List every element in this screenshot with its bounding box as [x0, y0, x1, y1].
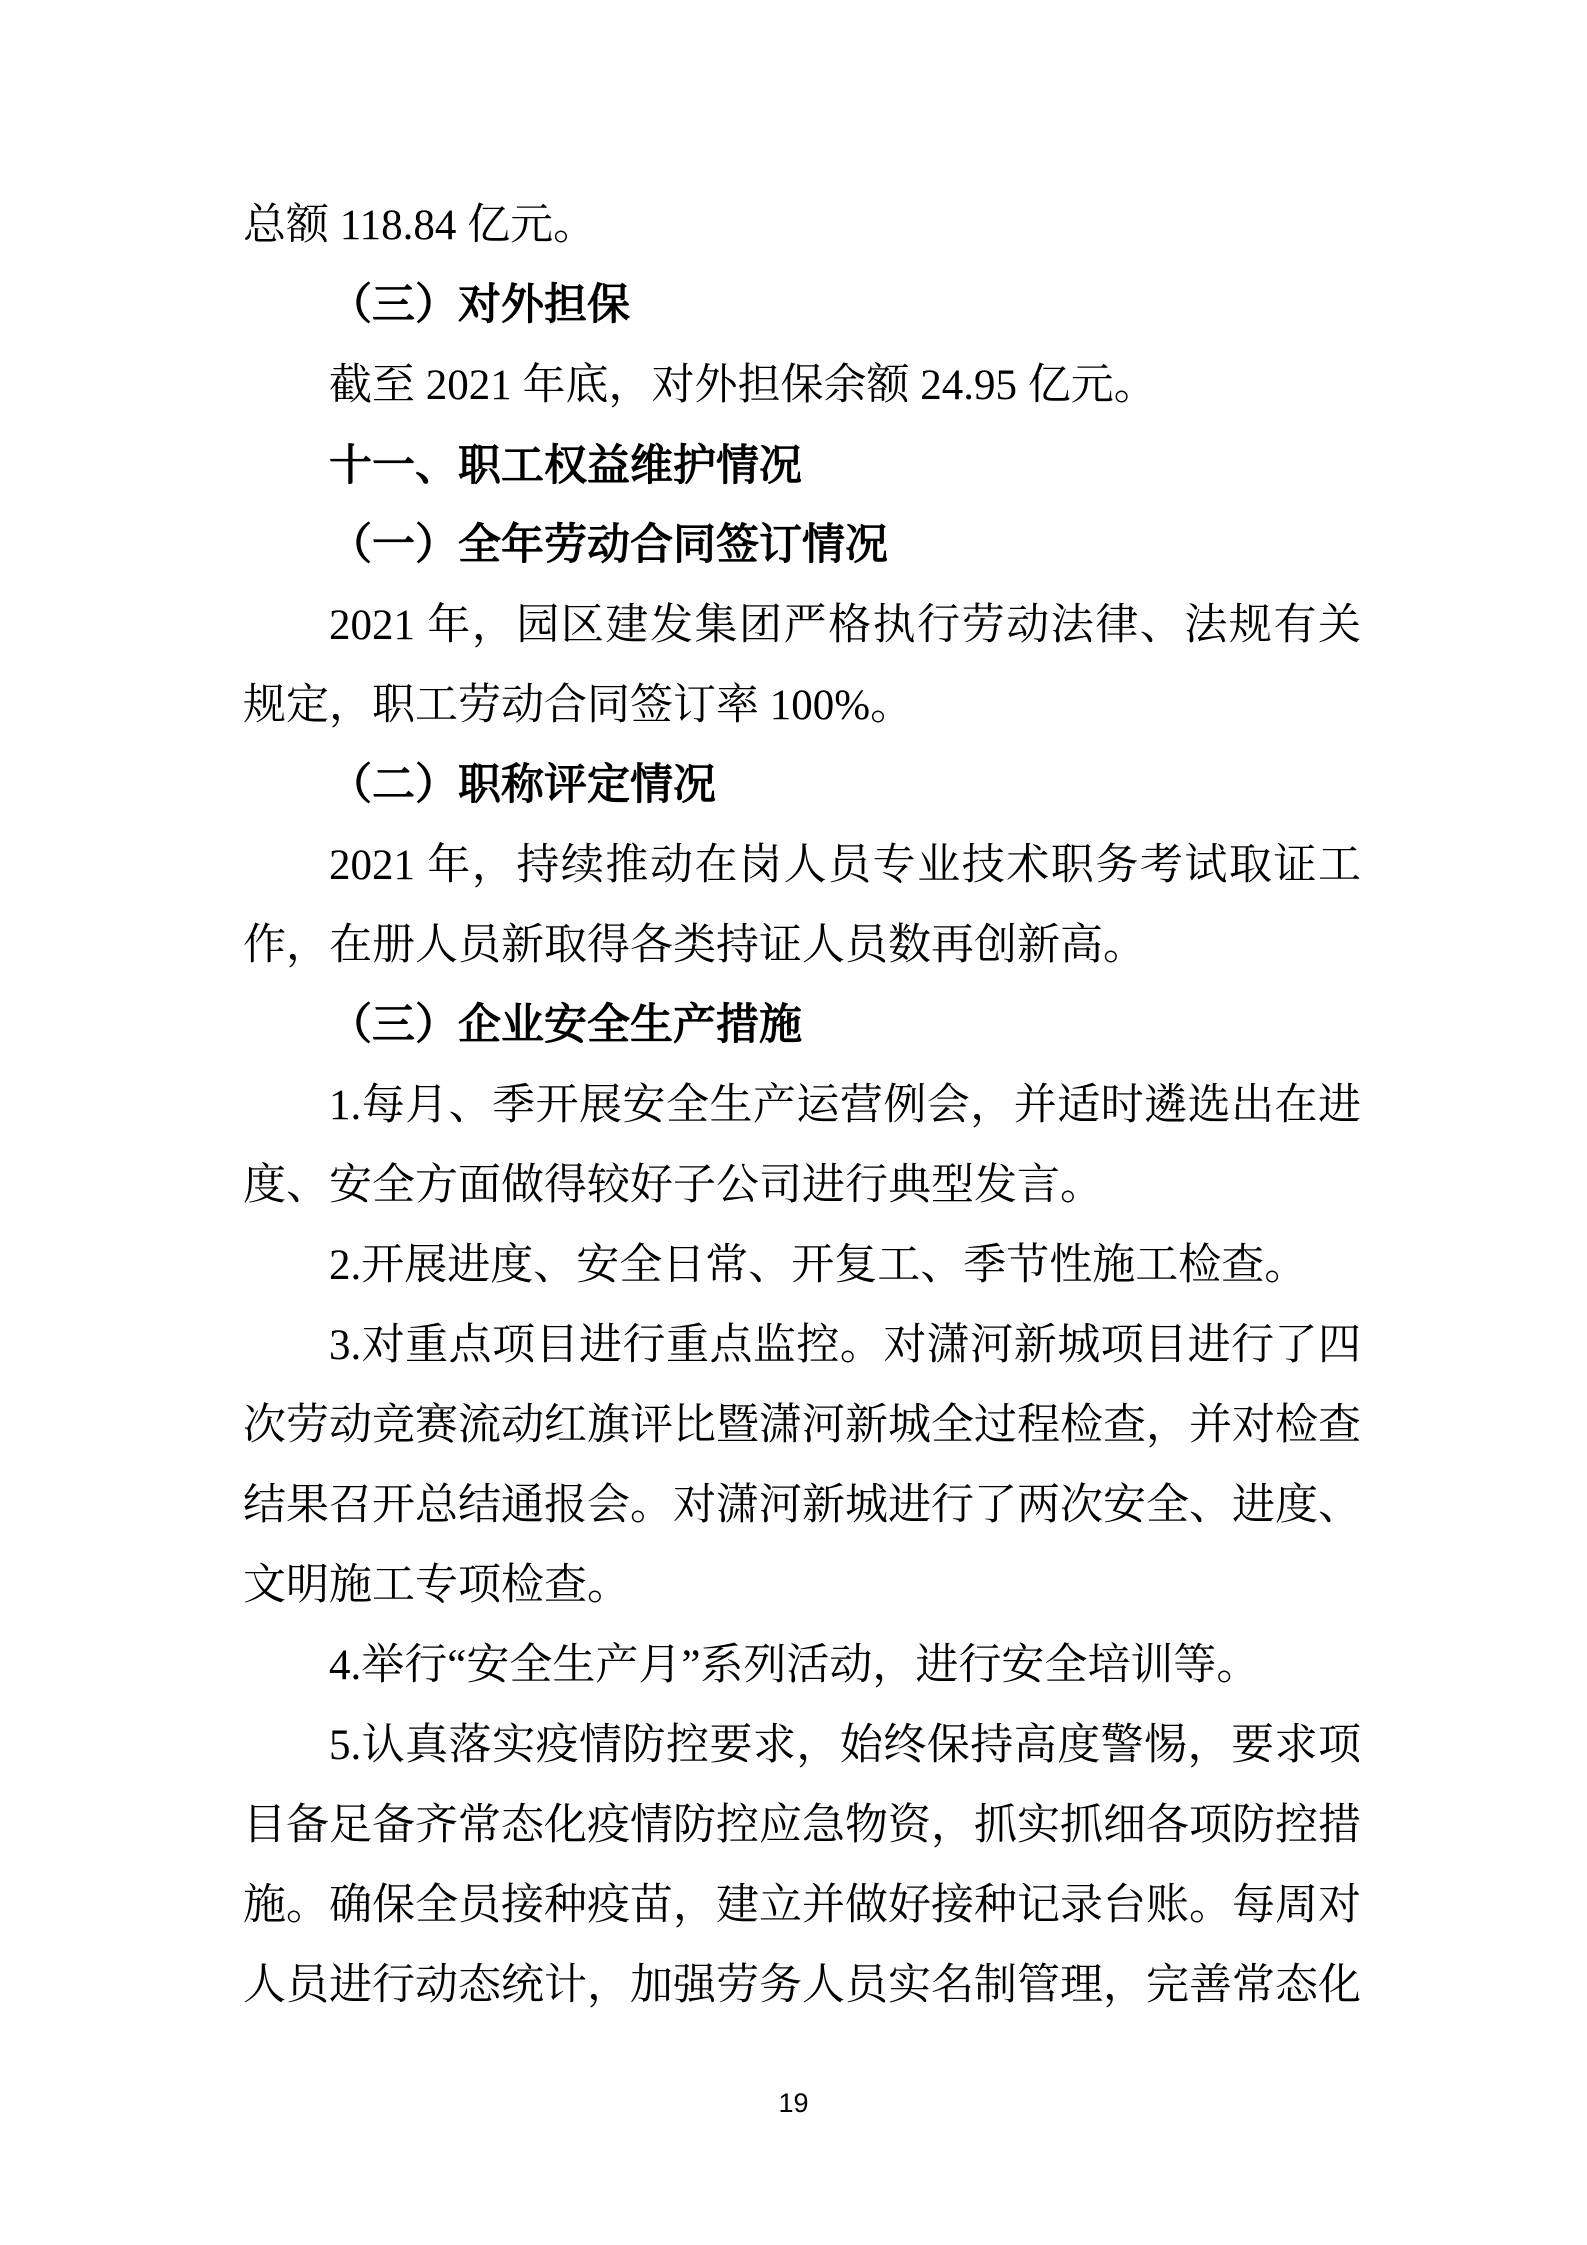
section-heading: 十一、职工权益维护情况 [243, 426, 1361, 506]
sub-heading: （三）对外担保 [243, 266, 1361, 346]
paragraph-list-item: 4.举行“安全生产月”系列活动，进行安全培训等。 [243, 1626, 1361, 1706]
paragraph: 2021 年，园区建发集团严格执行劳动法律、法规有关规定，职工劳动合同签订率 1… [243, 586, 1361, 746]
paragraph-list-item: 1.每月、季开展安全生产运营例会，并适时遴选出在进度、安全方面做得较好子公司进行… [243, 1066, 1361, 1226]
document-page: 总额 118.84 亿元。 （三）对外担保 截至 2021 年底，对外担保余额 … [0, 0, 1587, 2245]
sub-heading: （二）职称评定情况 [243, 746, 1361, 826]
paragraph: 截至 2021 年底，对外担保余额 24.95 亿元。 [243, 346, 1361, 426]
page-content: 总额 118.84 亿元。 （三）对外担保 截至 2021 年底，对外担保余额 … [243, 186, 1361, 2026]
page-number: 19 [0, 2088, 1587, 2118]
sub-heading: （一）全年劳动合同签订情况 [243, 506, 1361, 586]
paragraph-continuation: 总额 118.84 亿元。 [243, 186, 1361, 266]
paragraph-list-item: 5.认真落实疫情防控要求，始终保持高度警惕，要求项目备足备齐常态化疫情防控应急物… [243, 1706, 1361, 2026]
paragraph-list-item: 2.开展进度、安全日常、开复工、季节性施工检查。 [243, 1226, 1361, 1306]
paragraph: 2021 年，持续推动在岗人员专业技术职务考试取证工作，在册人员新取得各类持证人… [243, 826, 1361, 986]
paragraph-list-item: 3.对重点项目进行重点监控。对潇河新城项目进行了四次劳动竞赛流动红旗评比暨潇河新… [243, 1306, 1361, 1626]
sub-heading: （三）企业安全生产措施 [243, 986, 1361, 1066]
